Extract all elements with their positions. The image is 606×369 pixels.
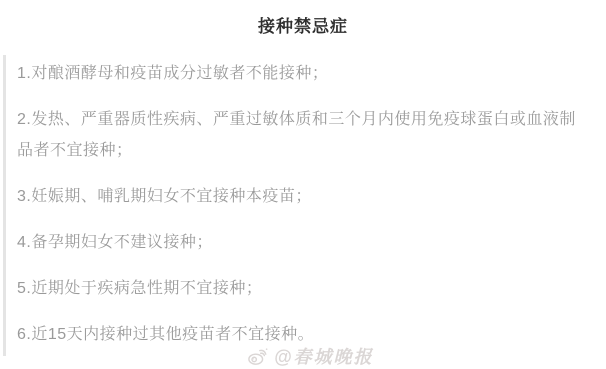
list-item: 1.对酿酒酵母和疫苗成分过敏者不能接种； [17,58,591,89]
page-title: 接种禁忌症 [0,12,606,37]
contraindication-list: 1.对酿酒酵母和疫苗成分过敏者不能接种； 2.发热、严重器质性疾病、严重过敏体质… [3,55,591,356]
list-item: 6.近15天内接种过其他疫苗者不宜接种。 [17,319,591,350]
article-page: 接种禁忌症 1.对酿酒酵母和疫苗成分过敏者不能接种； 2.发热、严重器质性疾病、… [0,0,606,369]
list-item: 2.发热、严重器质性疾病、严重过敏体质和三个月内使用免疫球蛋白或血液制品者不宜接… [17,104,591,166]
list-item: 4.备孕期妇女不建议接种； [17,227,591,258]
list-item: 3.妊娠期、哺乳期妇女不宜接种本疫苗； [17,181,591,212]
list-item: 5.近期处于疾病急性期不宜接种； [17,273,591,304]
